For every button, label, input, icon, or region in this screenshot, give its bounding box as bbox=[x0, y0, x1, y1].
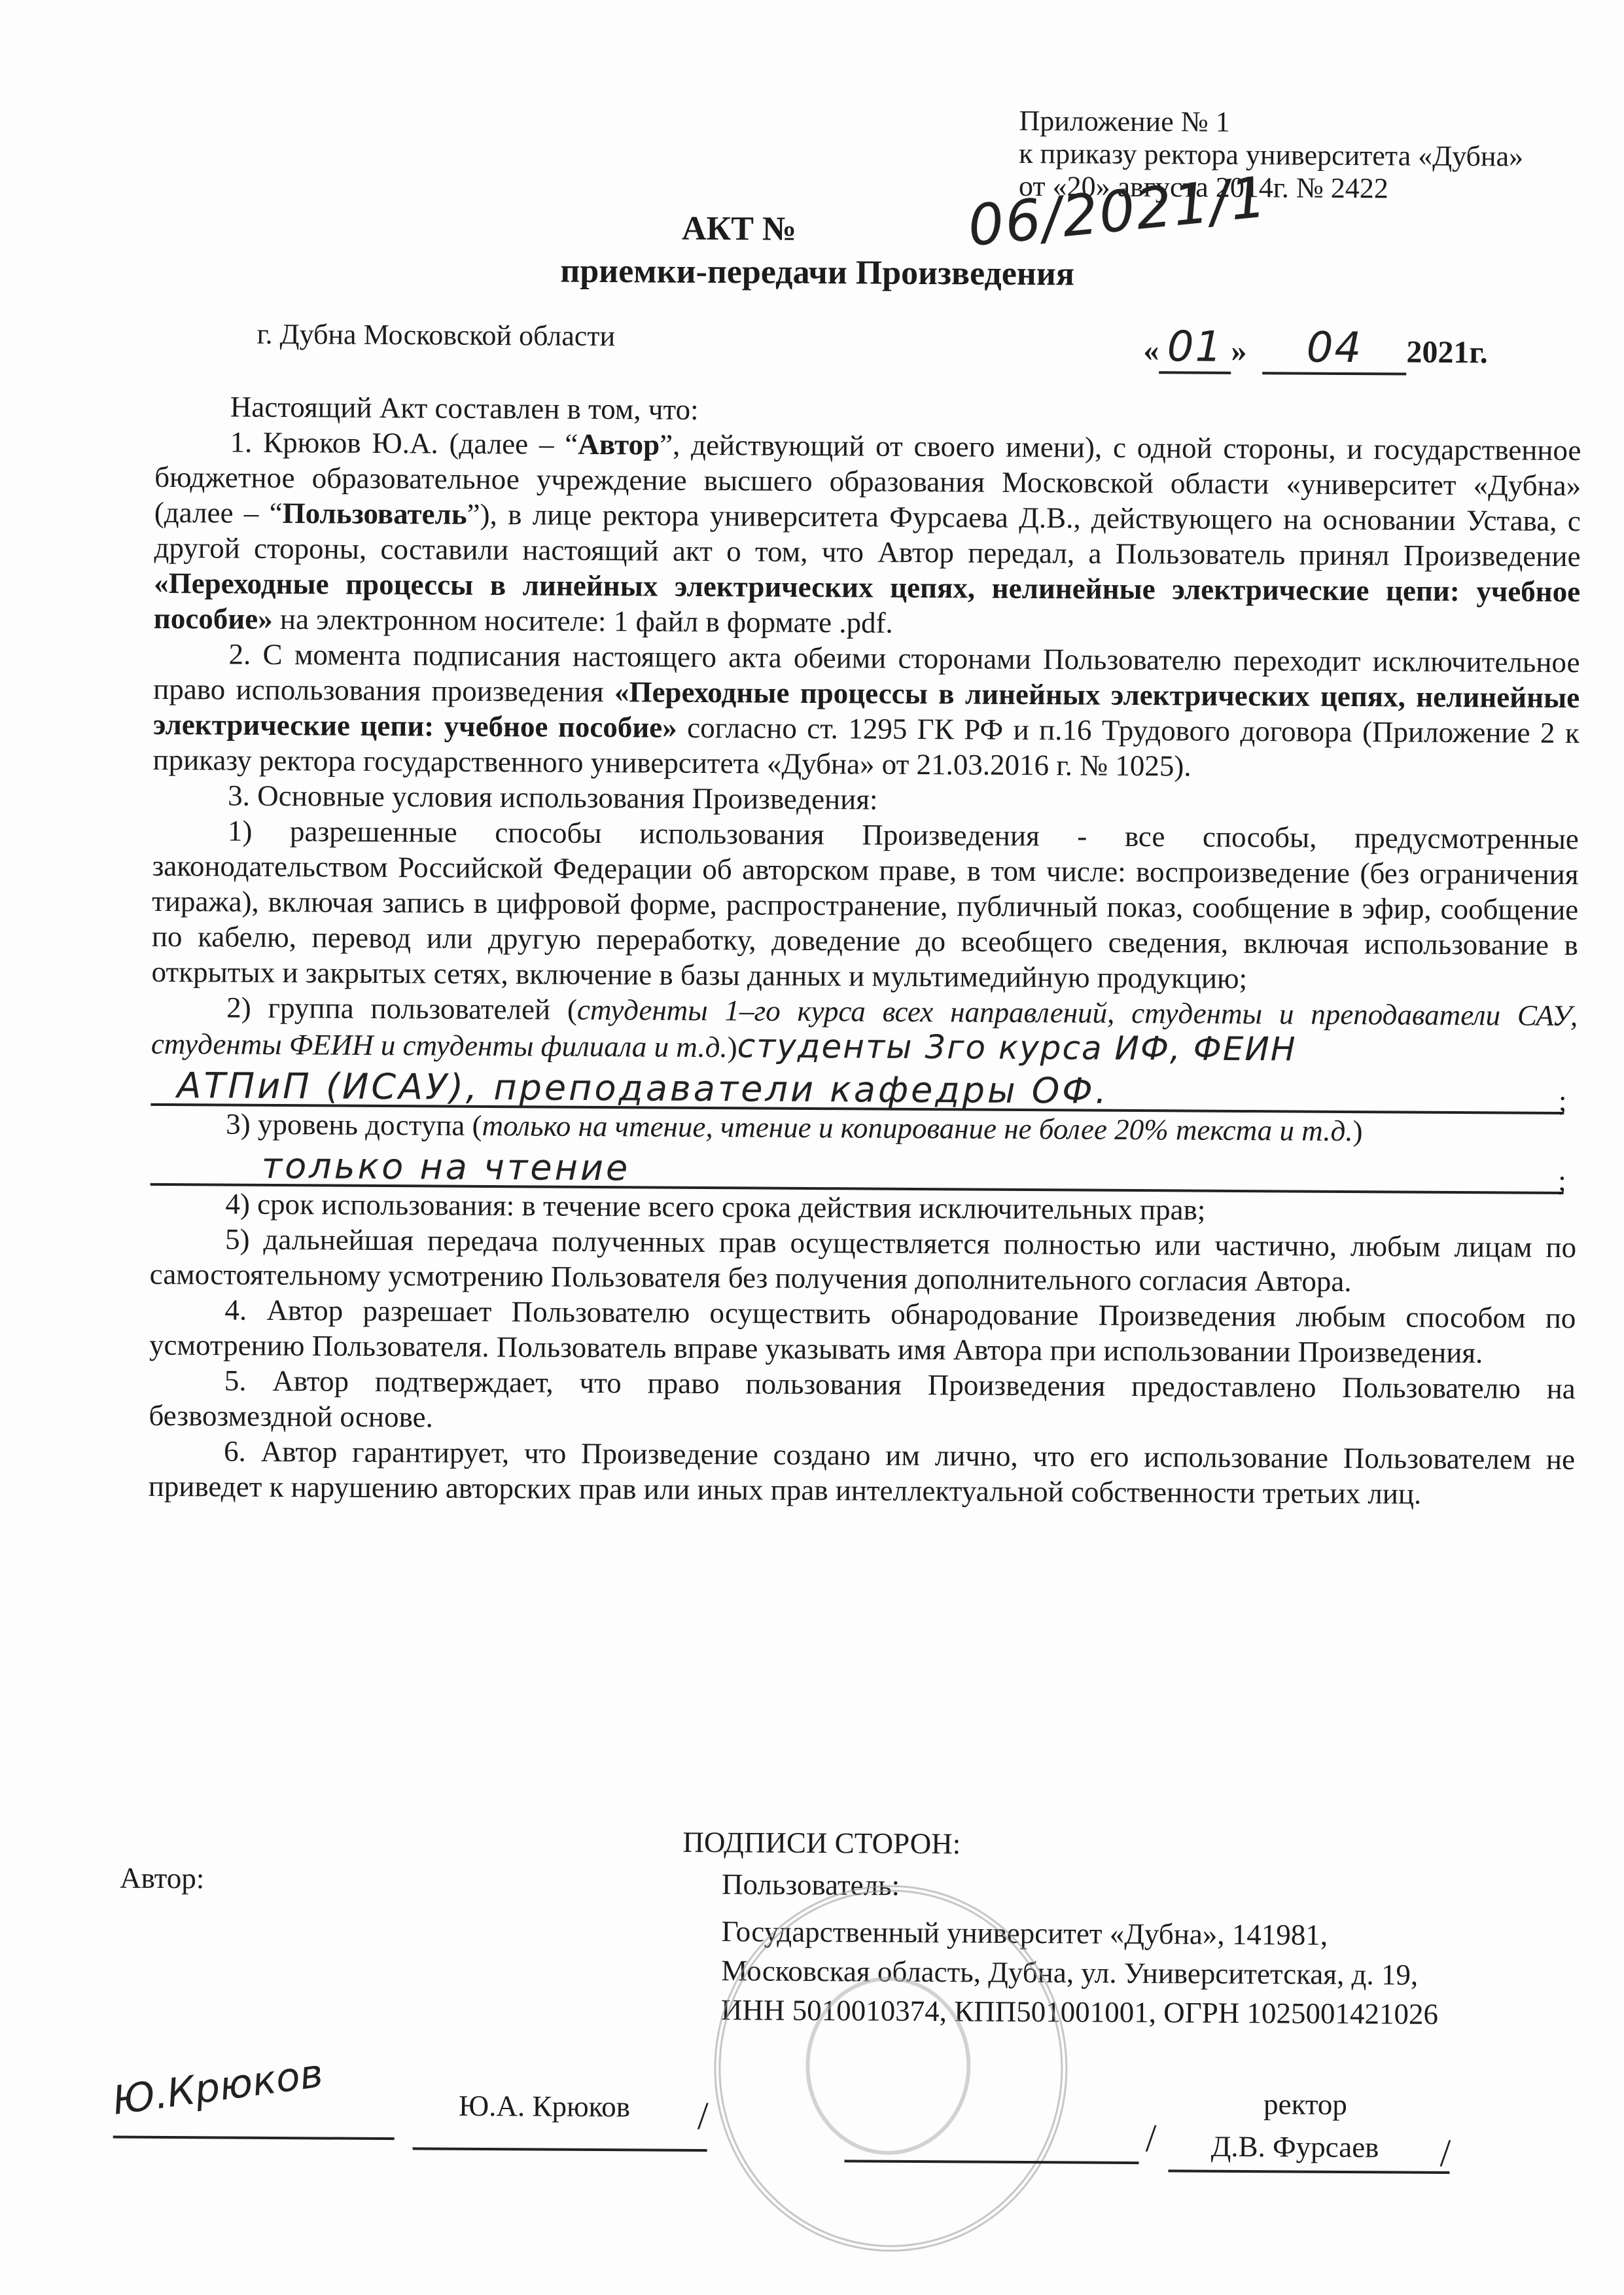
separator-slash: / bbox=[1146, 2116, 1157, 2161]
date-close-quote: » bbox=[1231, 334, 1246, 368]
date-open-quote: « bbox=[1143, 333, 1159, 368]
clause-2: 2. С момента подписания настоящего акта … bbox=[152, 636, 1580, 786]
author-label: Автор: bbox=[120, 1861, 205, 1896]
user-group-handwritten-1: студенты 3го курса ИФ, ФЕИН bbox=[737, 1027, 1297, 1068]
document-title: АКТ № 06/2021/1 приемки-передачи Произве… bbox=[5, 203, 1624, 299]
separator-slash: / bbox=[697, 2093, 709, 2139]
clause-6: 6. Автор гарантирует, что Произведение с… bbox=[149, 1433, 1576, 1512]
annex-line-1: Приложение № 1 bbox=[1019, 105, 1523, 141]
clause-1-text-a: 1. Крюков Ю.А. (далее – “ bbox=[230, 426, 578, 461]
access-level-handwritten: только на чтение bbox=[262, 1148, 631, 1186]
clause-4: 4. Автор разрешает Пользователю осуществ… bbox=[149, 1292, 1576, 1371]
clause-3-3-close: ) bbox=[1352, 1114, 1362, 1147]
act-number-handwritten: 06/2021/1 bbox=[966, 175, 1269, 248]
clause-3-2-label: 2) группа пользователей ( bbox=[226, 991, 577, 1026]
author-handwritten-signature: Ю.Крюков bbox=[110, 2050, 326, 2124]
annex-line-2: к приказу ректора университета «Дубна» bbox=[1019, 137, 1523, 173]
author-name-line bbox=[413, 2147, 707, 2152]
semicolon: ; bbox=[1559, 1083, 1567, 1118]
author-term: Автор bbox=[578, 428, 660, 461]
signatures-heading: ПОДПИСИ СТОРОН: bbox=[682, 1825, 961, 1861]
rector-name: Д.В. Фурсаев bbox=[1211, 2129, 1379, 2165]
clause-3-2: 2) группа пользователей (студенты 1–го к… bbox=[151, 989, 1578, 1070]
rector-title: ректор bbox=[1263, 2087, 1347, 2122]
clause-3-2-close: ) bbox=[728, 1031, 737, 1063]
clause-1-text-d: на электронном носителе: 1 файл в формат… bbox=[273, 603, 893, 639]
place: г. Дубна Московской области bbox=[256, 317, 615, 353]
separator-slash: / bbox=[1439, 2131, 1451, 2176]
act-label: АКТ № bbox=[682, 210, 797, 248]
document-page: Приложение № 1 к приказу ректора универс… bbox=[0, 0, 1624, 2295]
rector-name-line bbox=[1168, 2169, 1449, 2174]
clause-3-3-label: 3) уровень доступа ( bbox=[226, 1108, 482, 1142]
access-level-fill-line: только на чтение ; bbox=[150, 1141, 1564, 1194]
user-group-handwritten-2: АТПиП (ИСАУ), преподаватели кафедры ОФ. bbox=[177, 1068, 1109, 1109]
author-name: Ю.А. Крюков bbox=[459, 2089, 630, 2124]
author-signature-line bbox=[113, 2136, 395, 2141]
document-date: «01»042021г. bbox=[1143, 323, 1488, 376]
date-day-handwritten: 01 bbox=[1159, 323, 1231, 374]
date-year: 2021г. bbox=[1406, 335, 1488, 370]
clause-3-1: 1) разрешенные способы использования Про… bbox=[151, 813, 1579, 998]
clause-3-3-hint: только на чтение, чтение и копирование н… bbox=[482, 1109, 1352, 1147]
user-term: Пользователь bbox=[283, 497, 467, 531]
clause-1: 1. Крюков Ю.А. (далее – “Автор”, действу… bbox=[154, 424, 1581, 645]
act-body: Настоящий Акт составлен в том, что: 1. К… bbox=[149, 389, 1581, 1512]
university-seal-stamp bbox=[713, 1884, 1068, 2252]
date-month-handwritten: 04 bbox=[1262, 323, 1406, 375]
user-group-fill-line: АТПиП (ИСАУ), преподаватели кафедры ОФ. … bbox=[150, 1061, 1564, 1114]
clause-3-5: 5) дальнейшая передача полученных прав о… bbox=[150, 1221, 1577, 1300]
semicolon: ; bbox=[1558, 1163, 1566, 1198]
clause-5: 5. Автор подтверждает, что право пользов… bbox=[149, 1362, 1576, 1442]
